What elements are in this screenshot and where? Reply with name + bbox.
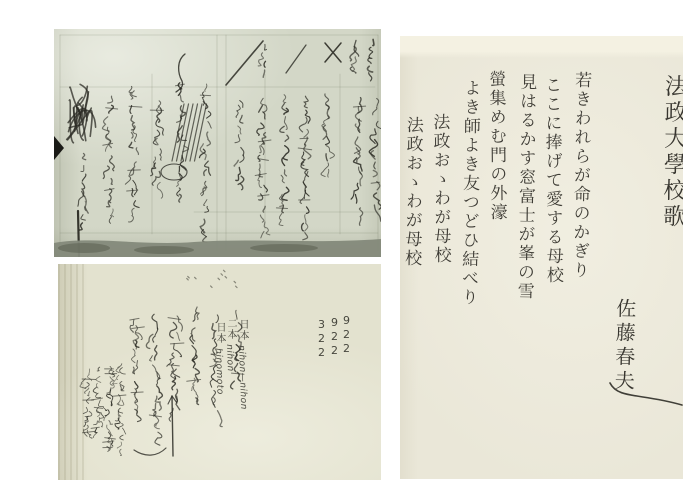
scribble-handwriting-graphic [54,29,381,257]
film-notch-marker [54,134,66,164]
lyric-column: 法政おゝわが母校 [402,116,421,268]
lyric-column: 螢集めむ門の外濠 [486,70,505,222]
lyric-column: 法政おゝわが母校 [430,113,449,265]
lyric-column: 見はるかす窓富士が峯の雪 [515,73,535,301]
romaji-fragment: nihon [224,344,235,372]
scanned-page: 922922322 日本nihon—nihon二本nihon日本hinomoto… [0,0,683,484]
kanji-fragment: 日本 [237,319,247,341]
pronunciation-fragment: 二本nihon [225,318,235,340]
song-title: 法政大學校歌 [660,74,683,230]
digit-column: 922 [341,314,352,356]
kanji-fragment: 二本 [225,318,235,340]
romaji-fragment: hinomoto [213,348,225,395]
pronunciation-fragment: 日本hinomoto [214,322,224,344]
signature-flourish [600,371,683,416]
lyric-column: よき師よき友つどひ結べり [459,79,479,307]
pronunciation-fragment: 日本nihon—nihon [237,319,247,341]
digit-column: 922 [329,316,340,358]
calligraphy-photo-right: 法政大學校歌 若きわれらが命のかぎりここに捧げて愛する母校見はるかす窓富士が峯の… [400,36,683,479]
manuscript-photo-bottom-left: 922922322 日本nihon—nihon二本nihon日本hinomoto [58,264,381,480]
lyric-column: ここに捧げて愛する母校 [542,76,561,285]
digit-column: 322 [316,318,327,360]
paper-top-edge [400,36,683,58]
lyric-column: 若きわれらが命のかぎり [570,71,590,280]
kanji-fragment: 日本 [214,322,224,344]
manuscript-photo-top-left [54,29,381,257]
